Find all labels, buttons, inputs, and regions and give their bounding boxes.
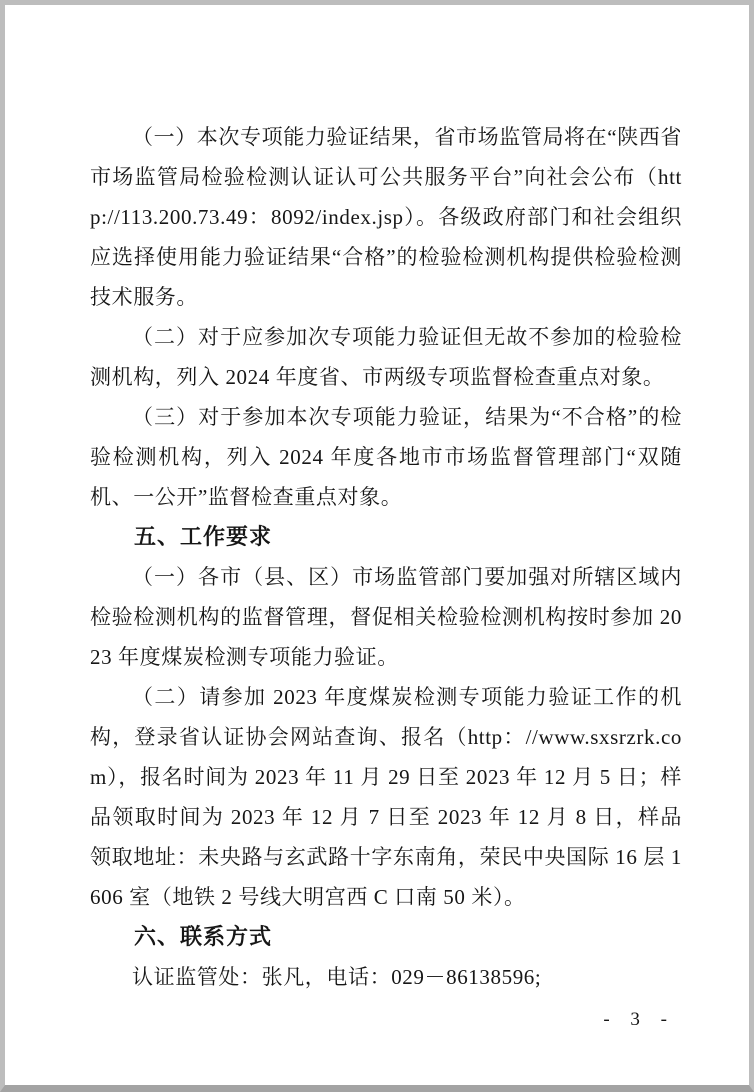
page-number: - 3 - — [603, 1009, 672, 1031]
section-heading-contact-info: 六、联系方式 — [90, 917, 682, 957]
paragraph-registration-and-sample-pickup: （二）请参加 2023 年度煤炭检测专项能力验证工作的机构，登录省认证协会网站查… — [90, 677, 682, 917]
paragraph-non-participation-consequence: （二）对于应参加次专项能力验证但无故不参加的检验检测机构，列入 2024 年度省… — [90, 317, 682, 397]
section-heading-work-requirements: 五、工作要求 — [90, 517, 682, 557]
document-page: （一）本次专项能力验证结果，省市场监管局将在“陕西省市场监管局检验检测认证认可公… — [0, 0, 754, 1092]
paragraph-result-publication: （一）本次专项能力验证结果，省市场监管局将在“陕西省市场监管局检验检测认证认可公… — [90, 117, 682, 317]
paragraph-fail-result-consequence: （三）对于参加本次专项能力验证，结果为“不合格”的检验检测机构，列入 2024 … — [90, 397, 682, 517]
paragraph-contact-person: 认证监管处：张凡，电话：029－86138596; — [90, 957, 682, 997]
document-body: （一）本次专项能力验证结果，省市场监管局将在“陕西省市场监管局检验检测认证认可公… — [90, 117, 682, 997]
paragraph-supervision-requirement: （一）各市（县、区）市场监管部门要加强对所辖区域内检验检测机构的监督管理，督促相… — [90, 557, 682, 677]
